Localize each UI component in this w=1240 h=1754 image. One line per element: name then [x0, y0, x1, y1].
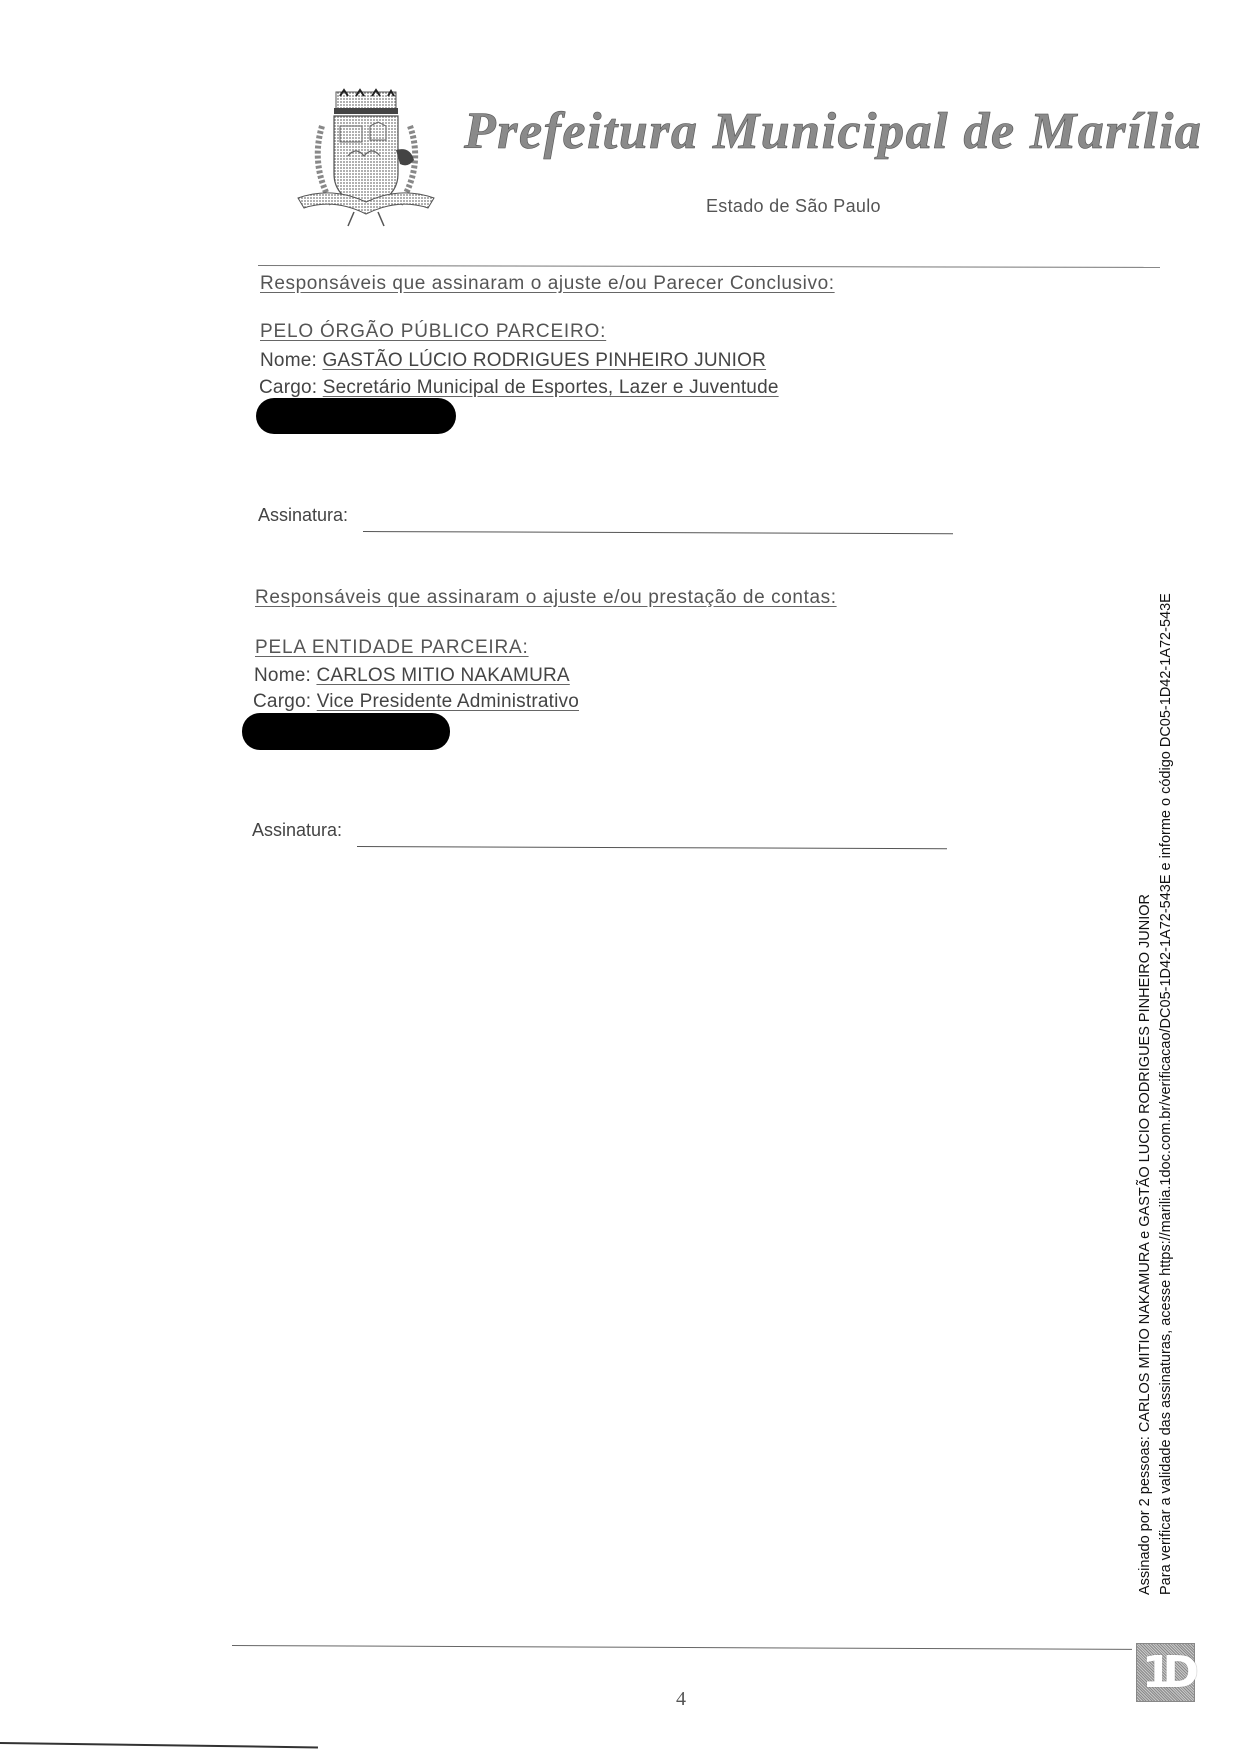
page-number: 4: [676, 1688, 686, 1711]
state-subtitle: Estado de São Paulo: [706, 196, 881, 217]
header-divider: [258, 265, 1160, 268]
name-label: Nome:: [254, 665, 311, 686]
party-heading-entidade: PELA ENTIDADE PARCEIRA:: [255, 637, 529, 659]
redaction-block: [256, 398, 456, 434]
signature-notice-verification: Para verificar a validade das assinatura…: [1158, 593, 1174, 1595]
logo-text: 1D: [1137, 1644, 1194, 1701]
role-line: Cargo: Vice Presidente Administrativo: [253, 691, 579, 713]
name-value: CARLOS MITIO NAKAMURA: [316, 665, 569, 686]
party-heading-orgao-publico: PELO ÓRGÃO PÚBLICO PARCEIRO:: [260, 321, 606, 343]
1doc-logo-icon: 1D: [1136, 1643, 1195, 1702]
name-label: Nome:: [260, 350, 317, 371]
scan-artifact-line: [0, 1742, 318, 1748]
role-value: Secretário Municipal de Esportes, Lazer …: [323, 377, 779, 398]
signature-line: [357, 846, 947, 849]
role-line: Cargo: Secretário Municipal de Esportes,…: [259, 377, 779, 399]
page-title: Prefeitura Municipal de Marília: [464, 102, 1164, 161]
section-heading-prestacao-contas: Responsáveis que assinaram o ajuste e/ou…: [255, 587, 837, 609]
signature-line: [363, 531, 953, 534]
role-label: Cargo:: [253, 691, 311, 712]
role-label: Cargo:: [259, 377, 317, 398]
section-heading-parecer: Responsáveis que assinaram o ajuste e/ou…: [260, 273, 835, 295]
role-value: Vice Presidente Administrativo: [317, 691, 579, 712]
name-value: GASTÃO LÚCIO RODRIGUES PINHEIRO JUNIOR: [322, 350, 766, 371]
signature-label: Assinatura:: [252, 820, 342, 841]
footer-divider: [232, 1645, 1132, 1650]
name-line: Nome: CARLOS MITIO NAKAMURA: [254, 665, 570, 687]
redaction-block: [242, 713, 450, 750]
name-line: Nome: GASTÃO LÚCIO RODRIGUES PINHEIRO JU…: [260, 350, 766, 372]
coat-of-arms-icon: [292, 86, 440, 230]
signature-label: Assinatura:: [258, 505, 348, 526]
signature-notice-signers: Assinado por 2 pessoas: CARLOS MITIO NAK…: [1137, 894, 1153, 1595]
